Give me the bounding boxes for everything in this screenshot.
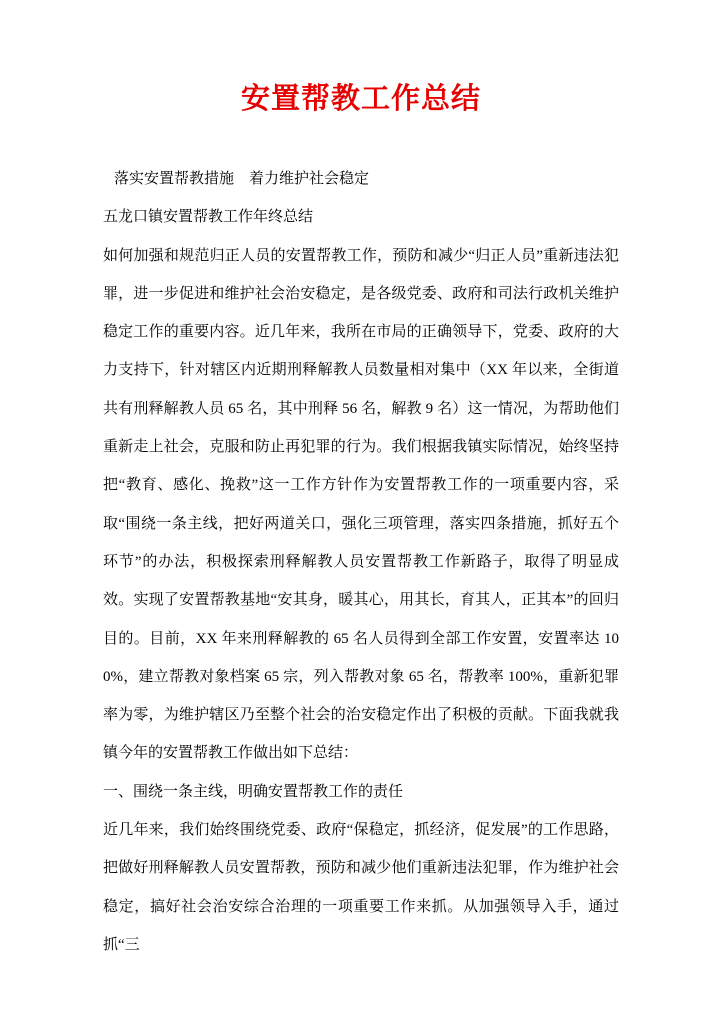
paragraph-intro: 如何加强和规范归正人员的安置帮教工作，预防和减少“归正人员”重新违法犯罪，进一步… [103, 237, 619, 773]
section-heading-1: 一、围绕一条主线，明确安置帮教工作的责任 [103, 773, 619, 811]
document-title: 安置帮教工作总结 [103, 77, 619, 121]
subtitle-line-1: 落实安置帮教措施 着力维护社会稳定 [103, 160, 619, 198]
subtitle-line-2: 五龙口镇安置帮教工作年终总结 [103, 198, 619, 236]
paragraph-section-1: 近几年来，我们始终围绕党委、政府“保稳定，抓经济，促发展”的工作思路，把做好刑释… [103, 811, 619, 964]
document-page: 安置帮教工作总结 落实安置帮教措施 着力维护社会稳定 五龙口镇安置帮教工作年终总… [0, 0, 721, 1020]
